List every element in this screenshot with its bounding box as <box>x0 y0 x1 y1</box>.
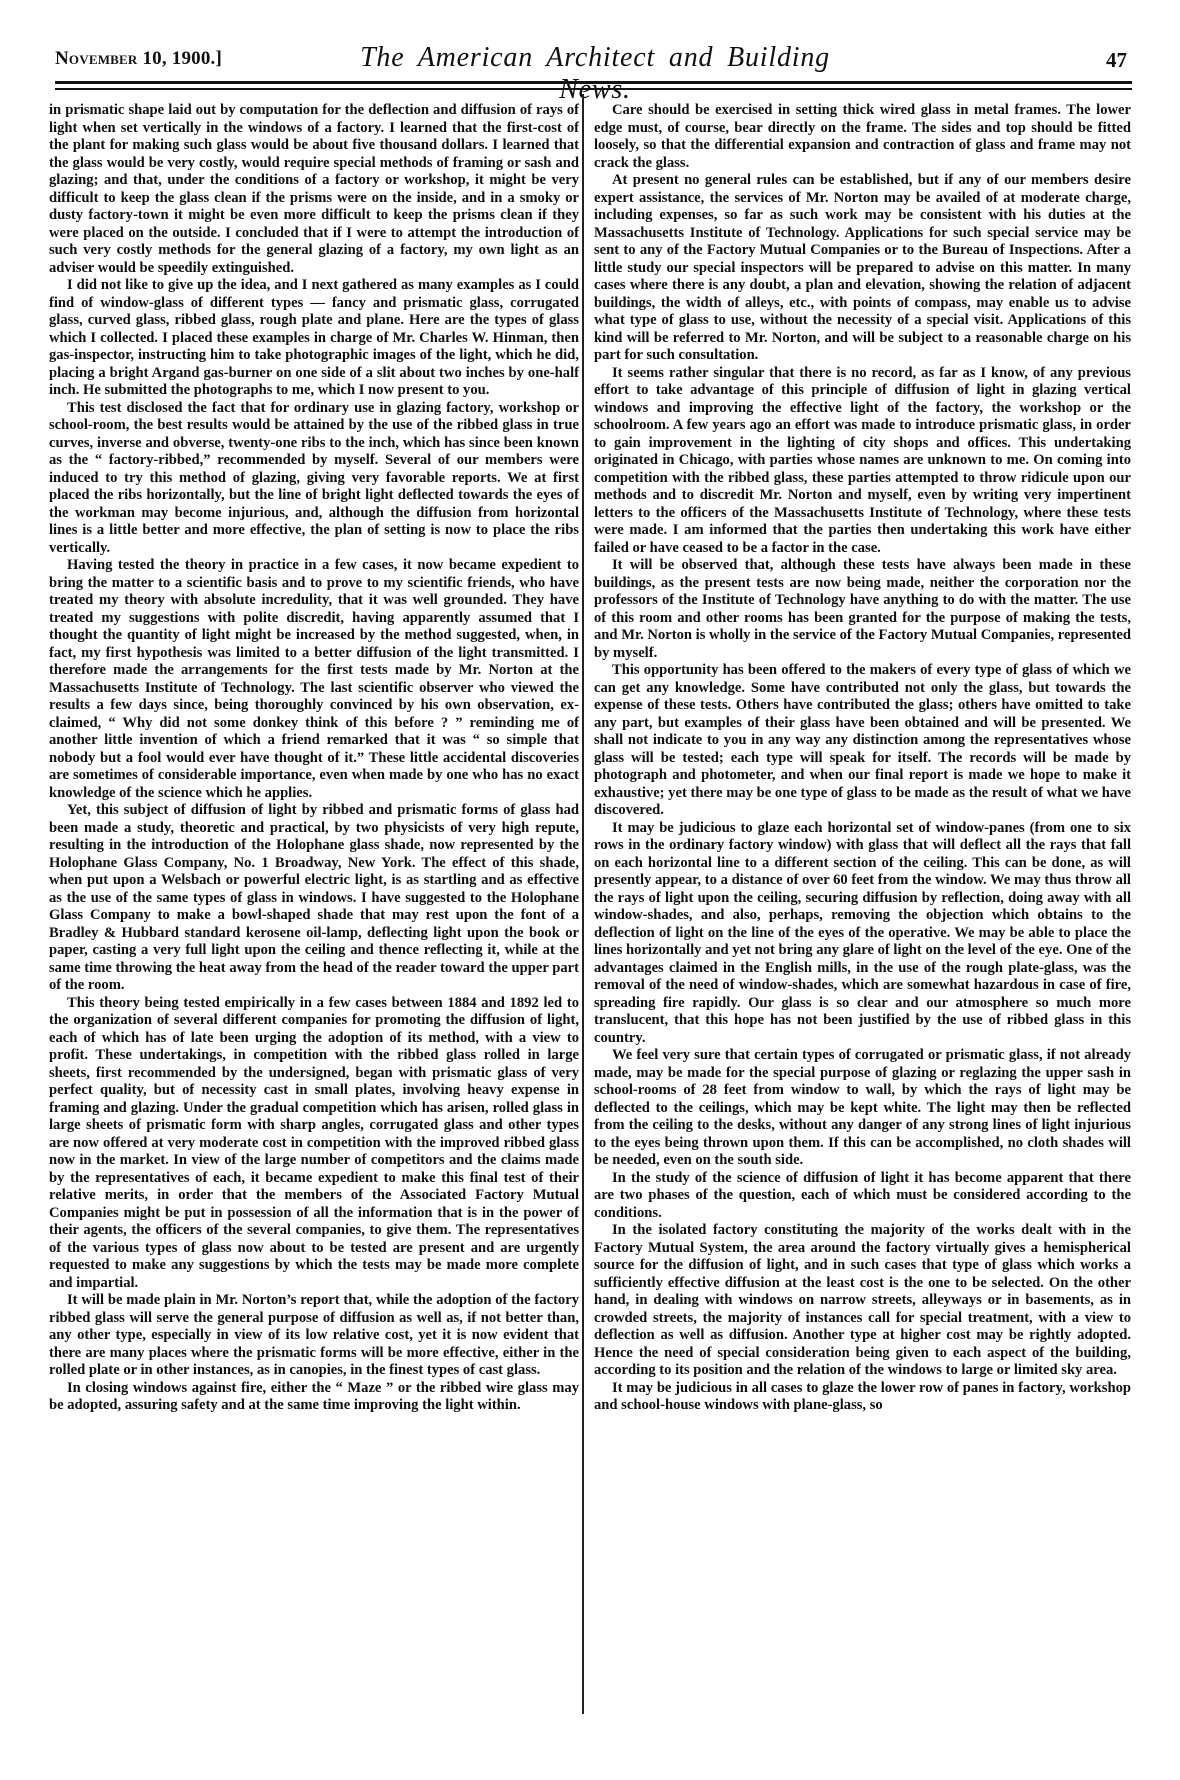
paragraph: This opportunity has been offered to the… <box>594 662 1131 820</box>
paragraph: At present no general rules can be estab… <box>594 172 1131 365</box>
paragraph: We feel very sure that certain types of … <box>594 1047 1131 1170</box>
issue-date: November 10, 1900.] <box>55 48 222 70</box>
paragraph: It will be made plain in Mr. Norton’s re… <box>49 1292 579 1380</box>
paragraph: This test disclosed the fact that for or… <box>49 400 579 558</box>
left-column: in prismatic shape laid out by computati… <box>49 102 579 1415</box>
paragraph: It will be observed that, although these… <box>594 557 1131 662</box>
paragraph: Having tested the theory in practice in … <box>49 557 579 802</box>
page-number: 47 <box>1106 48 1127 73</box>
paragraph: In the study of the science of diffusion… <box>594 1170 1131 1223</box>
paragraph: In closing windows against fire, either … <box>49 1380 579 1415</box>
paragraph: It seems rather singular that there is n… <box>594 365 1131 558</box>
paragraph: Care should be exercised in setting thic… <box>594 102 1131 172</box>
paragraph: This theory being tested empirically in … <box>49 995 579 1293</box>
paragraph: I did not like to give up the idea, and … <box>49 277 579 400</box>
paragraph: in prismatic shape laid out by computati… <box>49 102 579 277</box>
right-column: Care should be exercised in setting thic… <box>594 102 1131 1415</box>
paragraph: Yet, this subject of diffusion of light … <box>49 802 579 995</box>
paragraph: It may be judicious in all cases to glaz… <box>594 1380 1131 1415</box>
header-rule-thin <box>55 88 1132 90</box>
running-header: November 10, 1900.] The American Archite… <box>47 40 1133 74</box>
publication-title: The American Architect and Building News… <box>355 42 835 106</box>
header-rule-thick <box>55 81 1132 84</box>
column-divider <box>582 94 584 1714</box>
paragraph: It may be judicious to glaze each horizo… <box>594 820 1131 1048</box>
paragraph: In the isolated factory constituting the… <box>594 1222 1131 1380</box>
